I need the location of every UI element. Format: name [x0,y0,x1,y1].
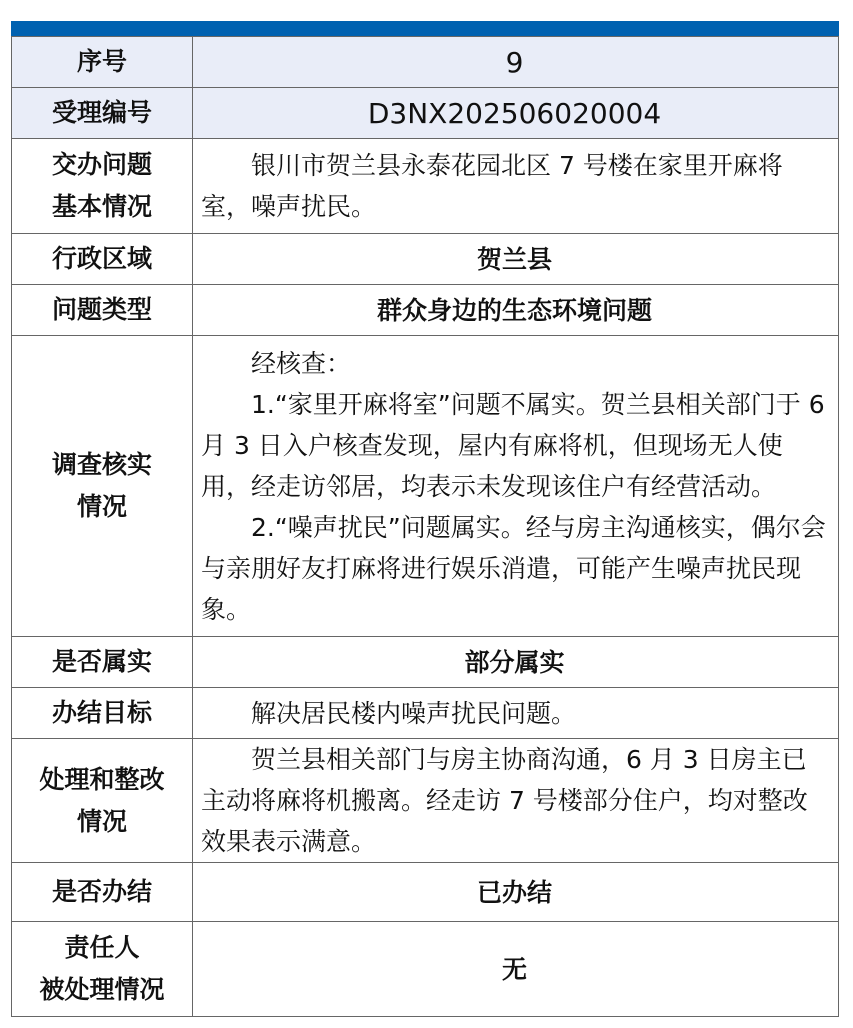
paragraph: 1.“家里开麻将室”问题不属实。贺兰县相关部门于 6 月 3 日入户核查发现，屋… [201,384,828,507]
paragraph: 解决居民楼内噪声扰民问题。 [201,693,828,734]
verified-value: 部分属实 [193,637,839,688]
paragraph: 经核查： [201,343,828,384]
accountability-value: 无 [193,922,839,1017]
table-header-band [11,21,839,36]
row-label: 处理和整改 情况 [12,739,193,863]
paragraph: 2.“噪声扰民”问题属实。经与房主沟通核实，偶尔会与亲朋好友打麻将进行娱乐消遣，… [201,507,828,630]
table-row: 调查核实 情况 经核查： 1.“家里开麻将室”问题不属实。贺兰县相关部门于 6 … [12,336,839,637]
label-line: 责任人 [12,927,192,969]
case-number-value: D3NX202506020004 [193,88,839,139]
label-line: 情况 [12,801,192,843]
row-label: 是否办结 [12,863,193,922]
label-line: 情况 [12,486,192,528]
case-table: 序号 9 受理编号 D3NX202506020004 交办问题 基本情况 银川市… [11,21,839,1017]
label-line: 被处理情况 [12,969,192,1011]
row-label: 是否属实 [12,637,193,688]
table-row: 是否办结 已办结 [12,863,839,922]
table-row: 问题类型 群众身边的生态环境问题 [12,285,839,336]
table-row: 是否属实 部分属实 [12,637,839,688]
goal-value: 解决居民楼内噪声扰民问题。 [193,688,839,739]
row-label: 问题类型 [12,285,193,336]
paragraph: 贺兰县相关部门与房主协商沟通，6 月 3 日房主已主动将麻将机搬离。经走访 7 … [201,739,828,862]
investigation-value: 经核查： 1.“家里开麻将室”问题不属实。贺兰县相关部门于 6 月 3 日入户核… [193,336,839,637]
label-line: 处理和整改 [12,759,192,801]
row-label: 调查核实 情况 [12,336,193,637]
issue-type-value: 群众身边的生态环境问题 [193,285,839,336]
paragraph: 银川市贺兰县永泰花园北区 7 号楼在家里开麻将室，噪声扰民。 [201,145,828,227]
rectification-value: 贺兰县相关部门与房主协商沟通，6 月 3 日房主已主动将麻将机搬离。经走访 7 … [193,739,839,863]
closed-status-value: 已办结 [193,863,839,922]
table-row: 受理编号 D3NX202506020004 [12,88,839,139]
issue-description-value: 银川市贺兰县永泰花园北区 7 号楼在家里开麻将室，噪声扰民。 [193,139,839,234]
label-line: 基本情况 [12,186,192,228]
table-row: 序号 9 [12,37,839,88]
row-label: 序号 [12,37,193,88]
table-row: 处理和整改 情况 贺兰县相关部门与房主协商沟通，6 月 3 日房主已主动将麻将机… [12,739,839,863]
row-label: 行政区域 [12,234,193,285]
label-line: 调查核实 [12,444,192,486]
table-row: 责任人 被处理情况 无 [12,922,839,1017]
row-label: 受理编号 [12,88,193,139]
row-label: 办结目标 [12,688,193,739]
row-label: 交办问题 基本情况 [12,139,193,234]
table-row: 行政区域 贺兰县 [12,234,839,285]
row-label: 责任人 被处理情况 [12,922,193,1017]
label-line: 交办问题 [12,144,192,186]
table-row: 办结目标 解决居民楼内噪声扰民问题。 [12,688,839,739]
table-row: 交办问题 基本情况 银川市贺兰县永泰花园北区 7 号楼在家里开麻将室，噪声扰民。 [12,139,839,234]
serial-number-value: 9 [193,37,839,88]
region-value: 贺兰县 [193,234,839,285]
